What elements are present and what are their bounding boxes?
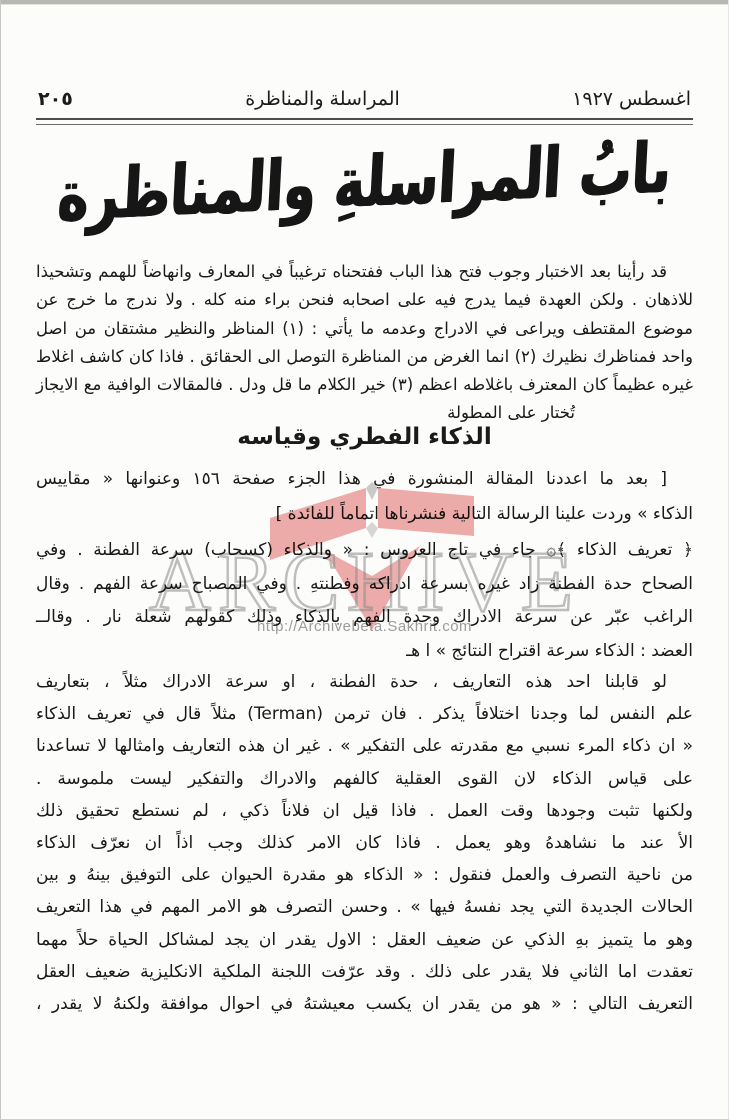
text-line: غيره عظيماً كان المعترف باغلاطه اعظم (٣)… bbox=[36, 371, 693, 399]
calligraphic-title: بابُ المراسلةِ والمناظرة bbox=[55, 108, 674, 258]
text-line: الذكاء » وردت علينا الرسالة التالية فنشر… bbox=[36, 497, 693, 532]
text-line: الصحاح حدة الفطنة زاد غيره بسرعة ادراكه … bbox=[36, 568, 693, 602]
page-header: اغسطس ١٩٢٧ المراسلة والمناظرة ٢٠٥ bbox=[38, 88, 691, 110]
scan-edge-top-shadow bbox=[0, 4, 729, 5]
text-line: التعريف التالي : « هو من يقدر ان يكسب مع… bbox=[36, 988, 693, 1020]
text-line: ولكنها تثبت وجودها وقت العمل . فاذا قيل … bbox=[36, 795, 693, 827]
scanned-page: اغسطس ١٩٢٧ المراسلة والمناظرة ٢٠٥ بابُ ا… bbox=[0, 0, 729, 1120]
text-line: قد رأينا بعد الاختبار وجوب فتح هذا الباب… bbox=[36, 258, 693, 286]
text-line: علم النفس لما وجدنا اختلافاً يذكر . فان … bbox=[36, 698, 693, 730]
text-line: لو قابلنا احد هذه التعاريف ، حدة الفطنة … bbox=[36, 666, 693, 698]
masthead: بابُ المراسلةِ والمناظرة bbox=[0, 138, 729, 228]
text-line: الحالات الجديدة التي يجد نفسهُ فيها » . … bbox=[36, 891, 693, 923]
text-line: وهو ما يتميز بهِ الذكي عن ضعيف العقل : ا… bbox=[36, 924, 693, 956]
journal-date: اغسطس ١٩٢٧ bbox=[572, 88, 691, 110]
text-line: موضوع المقتطف ويراعى في الادراج وعدمه ما… bbox=[36, 315, 693, 343]
text-line: على قياس الذكاء لان القوى العقلية كالفهم… bbox=[36, 763, 693, 795]
page-number: ٢٠٥ bbox=[38, 88, 73, 110]
text-line: [ بعد ما اعددنا المقالة المنشورة في هذا … bbox=[36, 462, 693, 497]
definition-paragraph: ﴿ تعريف الذكاء ﴾۞ جاء في تاج العروس : « … bbox=[36, 534, 693, 668]
discussion-paragraph: لو قابلنا احد هذه التعاريف ، حدة الفطنة … bbox=[36, 666, 693, 1020]
journal-section-title: المراسلة والمناظرة bbox=[245, 88, 400, 110]
text-line: العضد : الذكاء سرعة اقتراح النتائج » ا ه… bbox=[36, 635, 693, 669]
section-heading: الذكاء الفطري وقياسه bbox=[0, 424, 729, 450]
intro-paragraph: قد رأينا بعد الاختبار وجوب فتح هذا الباب… bbox=[36, 258, 693, 428]
editor-note: [ بعد ما اعددنا المقالة المنشورة في هذا … bbox=[36, 462, 693, 531]
text-line: « ان ذكاء المرء نسبي مع مقدرته على التفك… bbox=[36, 730, 693, 762]
text-line: واحد فمناظرك نظيرك (٢) انما الغرض من الم… bbox=[36, 343, 693, 371]
text-line: للاذهان . ولكن العهدة فيما يدرج فيه على … bbox=[36, 286, 693, 314]
text-line: ﴿ تعريف الذكاء ﴾۞ جاء في تاج العروس : « … bbox=[36, 534, 693, 568]
text-line: تعقدت اما الثاني فلا يقدر على ذلك . وقد … bbox=[36, 956, 693, 988]
text-line: الراغب عبّر عن سرعة الادراك وحدة الفهم ب… bbox=[36, 601, 693, 635]
text-line: الأ عند ما نشاهدهُ وهو يعمل . فاذا كان ا… bbox=[36, 827, 693, 859]
text-line: من ناحية التصرف والعمل فنقول : « الذكاء … bbox=[36, 859, 693, 891]
